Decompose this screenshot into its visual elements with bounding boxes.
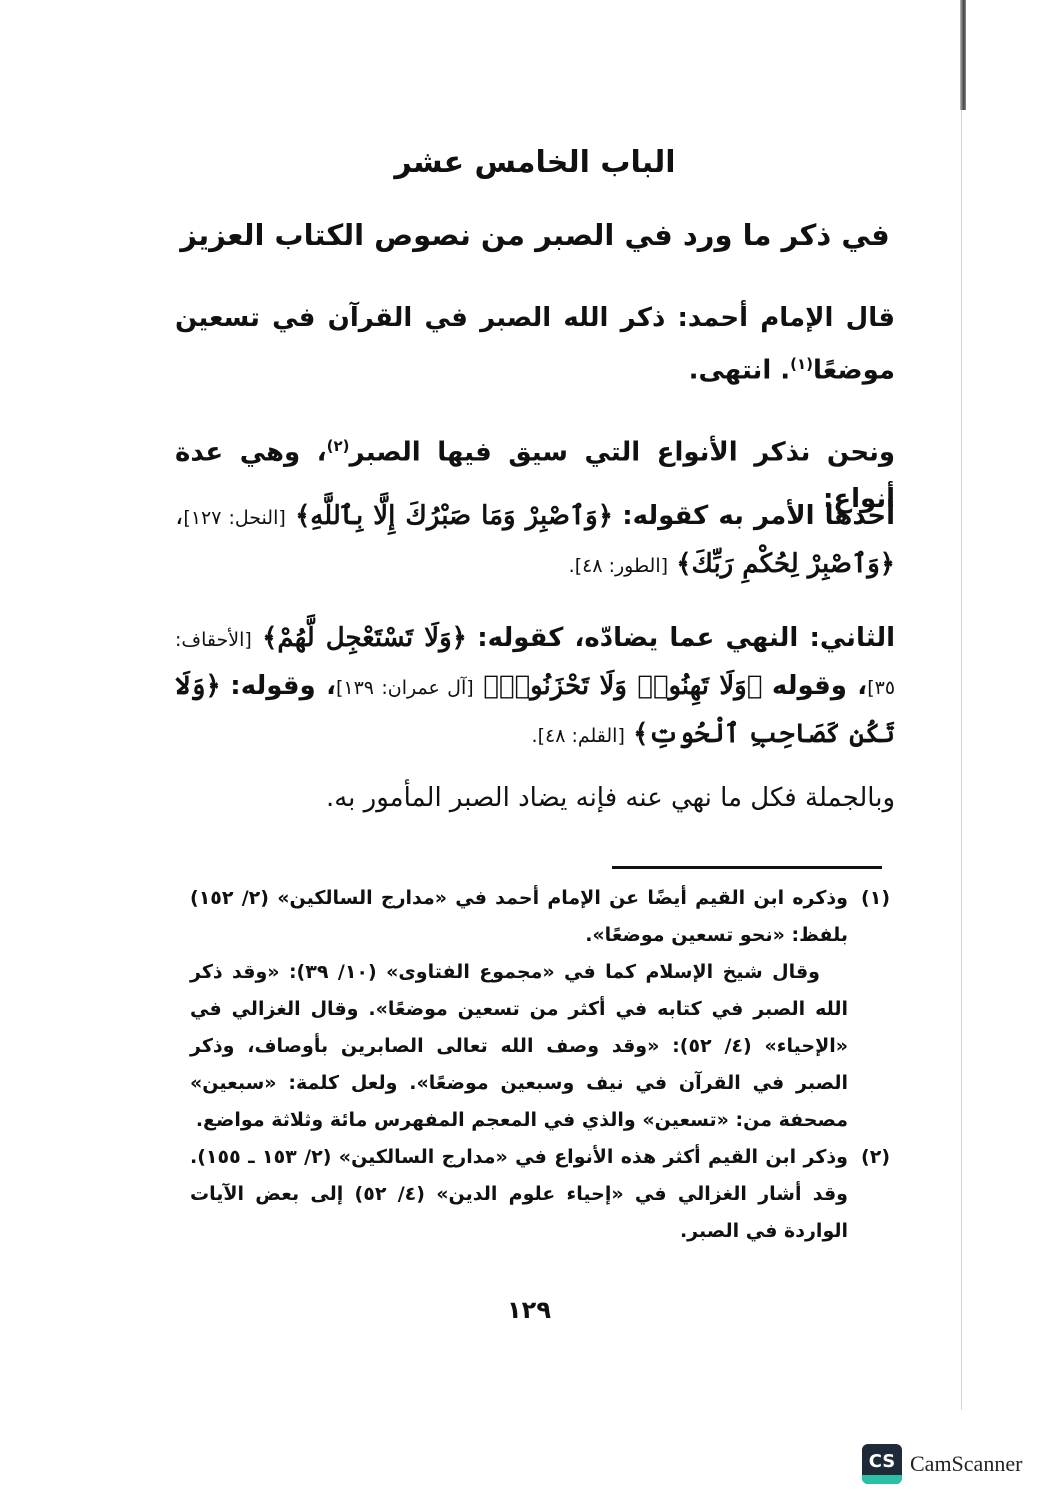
logo-accent-bar [862, 1475, 902, 1484]
quran-verse: ﴿وَلَا تَهِنُوا۟ وَلَا تَحْزَنُوا۟﴾ [483, 671, 762, 701]
paragraph-imam-ahmad: قال الإمام أحمد: ذكر الله الصبر في القرآ… [175, 295, 895, 394]
quran-verse: ﴿وَٱصْبِرْ لِحُكْمِ رَبِّكَ﴾ [676, 549, 895, 579]
camscanner-watermark: CS CamScanner [862, 1442, 1022, 1486]
footnote-number: (١) [861, 880, 890, 917]
logo-text: CS [869, 1451, 896, 1472]
paragraph-text: ونحن نذكر الأنواع التي سيق فيها الصبر [350, 438, 895, 468]
footnote-ref-1[interactable]: (١) [790, 355, 813, 373]
paragraph-type-two: الثاني: النهي عما يضادّه، كقوله: ﴿وَلَا … [175, 615, 895, 759]
footnote-2: (٢) وذكر ابن القيم أكثر هذه الأنواع في «… [190, 1139, 890, 1250]
page-edge-shadow [960, 0, 966, 110]
chapter-subtitle: في ذكر ما ورد في الصبر من نصوص الكتاب ال… [175, 218, 895, 252]
paragraph-text: ، وقوله [772, 671, 867, 701]
page-edge-line [961, 110, 962, 1410]
paragraph-text-end: . انتهى. [689, 356, 791, 386]
verse-reference: [القلم: ٤٨]. [532, 725, 625, 747]
footnote-divider [612, 866, 882, 869]
footnote-text: وقال شيخ الإسلام كما في «مجموع الفتاوى» … [190, 954, 848, 1139]
paragraph-summary: وبالجملة فكل ما نهي عنه فإنه يضاد الصبر … [175, 775, 895, 821]
paragraph-lead: أحدها الأمر به كقوله: [622, 501, 895, 531]
camscanner-logo-icon: CS [862, 1444, 902, 1484]
chapter-title: الباب الخامس عشر [175, 145, 895, 180]
paragraph-text: ، وقوله: [230, 671, 336, 701]
page-number: ١٢٩ [0, 1296, 1058, 1324]
verse-reference: [النحل: ١٢٧] [183, 507, 285, 529]
footnote-ref-2[interactable]: (٢) [327, 437, 350, 455]
verse-reference: [آل عمران: ١٣٩] [336, 677, 474, 699]
app-name: CamScanner [910, 1451, 1022, 1477]
footnote-text: وذكر ابن القيم أكثر هذه الأنواع في «مدار… [190, 1139, 848, 1250]
paragraph-lead: الثاني: النهي عما يضادّه، كقوله: [477, 623, 895, 653]
footnote-1: (١) وذكره ابن القيم أيضًا عن الإمام أحمد… [190, 880, 890, 1139]
footnote-number: (٢) [861, 1139, 890, 1176]
book-page: الباب الخامس عشر في ذكر ما ورد في الصبر … [175, 135, 895, 252]
paragraph-type-one: أحدها الأمر به كقوله: ﴿وَٱصْبِرْ وَمَا ص… [175, 493, 895, 589]
footnote-text: وذكره ابن القيم أيضًا عن الإمام أحمد في … [190, 880, 848, 954]
quran-verse: ﴿وَٱصْبِرْ وَمَا صَبْرُكَ إِلَّا بِٱللَّ… [295, 501, 613, 531]
verse-reference: [الطور: ٤٨]. [569, 555, 668, 577]
quran-verse: ﴿وَلَا تَسْتَعْجِل لَّهُمْ﴾ [262, 623, 467, 653]
footnotes: (١) وذكره ابن القيم أيضًا عن الإمام أحمد… [190, 880, 890, 1250]
